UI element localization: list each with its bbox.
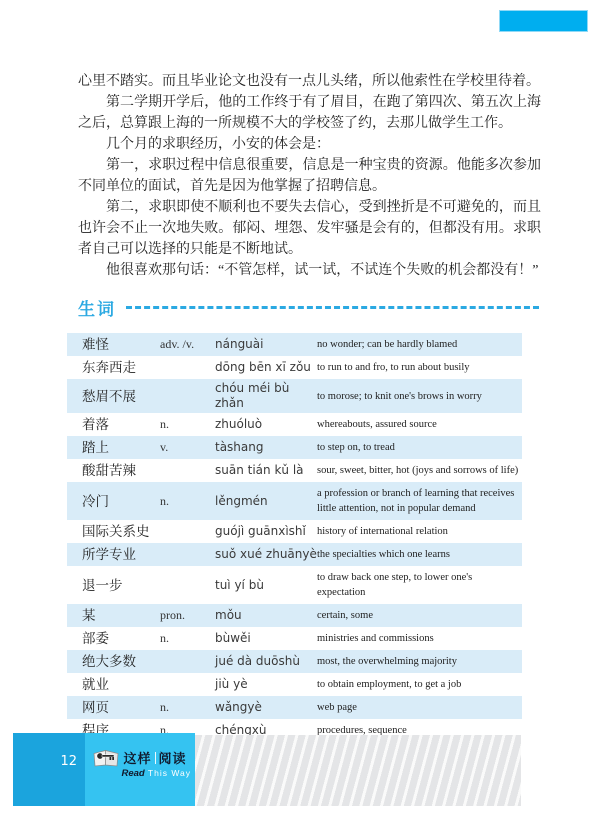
new-words-section-header: 生词	[78, 296, 539, 318]
definition-cell: to run to and fro, to run about busily	[317, 358, 520, 377]
definition-cell: certain, some	[317, 606, 520, 625]
brand-divider	[155, 752, 156, 764]
brand-cn-left: 这样	[123, 748, 151, 767]
body-paragraph: 第二学期开学后，他的工作终于有了眉目，在跑了第四次、第五次上海之后，总算跟上海的…	[78, 92, 541, 134]
part-of-speech-cell: adv. /v.	[160, 337, 215, 352]
part-of-speech-cell: n.	[160, 700, 215, 715]
body-text: 心里不踏实。而且毕业论文也没有一点儿头绪，所以他索性在学校里待着。 第二学期开学…	[78, 71, 541, 281]
brand-name-cn: 这样 阅读	[123, 748, 186, 767]
vocab-table-row: 东奔西走 dōng bēn xī zǒu to run to and fro, …	[67, 356, 522, 379]
definition-cell: sour, sweet, bitter, hot (joys and sorro…	[317, 461, 520, 480]
definition-cell: to step on, to tread	[317, 438, 520, 457]
vocab-table-row: 就业 jiù yè to obtain employment, to get a…	[67, 673, 522, 696]
definition-cell: most, the overwhelming majority	[317, 652, 520, 671]
definition-cell: whereabouts, assured source	[317, 415, 520, 434]
pinyin-cell: lěngmén	[215, 494, 317, 509]
word-cell: 踏上	[82, 439, 160, 456]
word-cell: 绝大多数	[82, 653, 160, 670]
pinyin-cell: tàshang	[215, 440, 317, 455]
body-paragraph: 第一，求职过程中信息很重要，信息是一种宝贵的资源。他能多次参加不同单位的面试，首…	[78, 155, 541, 197]
vocab-table: 难怪 adv. /v. nánguài no wonder; can be ha…	[67, 333, 522, 742]
footer: 12 这样 阅读 Read This Way	[0, 733, 600, 806]
definition-cell: a profession or branch of learning that …	[317, 484, 520, 518]
word-cell: 就业	[82, 676, 160, 693]
word-cell: 愁眉不展	[82, 388, 160, 405]
vocab-table-row: 踏上 v. tàshang to step on, to tread	[67, 436, 522, 459]
brand-block: 这样 阅读 Read This Way	[85, 733, 195, 806]
part-of-speech-cell: pron.	[160, 608, 215, 623]
word-cell: 东奔西走	[82, 359, 160, 376]
word-cell: 退一步	[82, 577, 160, 594]
vocab-table-row: 冷门 n. lěngmén a profession or branch of …	[67, 482, 522, 520]
page-number-block: 12	[13, 733, 85, 806]
pinyin-cell: chóu méi bù zhǎn	[215, 381, 317, 411]
definition-cell: to obtain employment, to get a job	[317, 675, 520, 694]
word-cell: 冷门	[82, 493, 160, 510]
brand-name-en: Read This Way	[121, 768, 191, 779]
pinyin-cell: jué dà duōshù	[215, 654, 317, 669]
vocab-table-row: 所学专业 suǒ xué zhuānyè the specialties whi…	[67, 543, 522, 566]
body-paragraph: 他很喜欢那句话：“不管怎样，试一试，不试连个失败的机会都没有！”	[78, 260, 541, 281]
vocab-table-row: 网页 n. wǎngyè web page	[67, 696, 522, 719]
pinyin-cell: bùwěi	[215, 631, 317, 646]
vocab-table-row: 国际关系史 guójì guānxìshǐ history of interna…	[67, 520, 522, 543]
vocab-table-row: 某 pron. mǒu certain, some	[67, 604, 522, 627]
part-of-speech-cell: v.	[160, 440, 215, 455]
word-cell: 部委	[82, 630, 160, 647]
definition-cell: web page	[317, 698, 520, 717]
word-cell: 所学专业	[82, 546, 160, 563]
vocab-table-row: 愁眉不展 chóu méi bù zhǎn to morose; to knit…	[67, 379, 522, 413]
body-paragraph: 几个月的求职经历，小安的体会是：	[78, 134, 541, 155]
word-cell: 网页	[82, 699, 160, 716]
brand-cn-right: 阅读	[159, 748, 187, 767]
definition-cell: no wonder; can be hardly blamed	[317, 335, 520, 354]
vocab-table-row: 退一步 tuì yí bù to draw back one step, to …	[67, 566, 522, 604]
part-of-speech-cell: n.	[160, 631, 215, 646]
pinyin-cell: dōng bēn xī zǒu	[215, 360, 317, 375]
definition-cell: the specialties which one learns	[317, 545, 520, 564]
body-paragraph: 心里不踏实。而且毕业论文也没有一点儿头绪，所以他索性在学校里待着。	[78, 71, 541, 92]
pinyin-cell: mǒu	[215, 608, 317, 623]
pinyin-cell: wǎngyè	[215, 700, 317, 715]
vocab-table-row: 部委 n. bùwěi ministries and commissions	[67, 627, 522, 650]
part-of-speech-cell: n.	[160, 494, 215, 509]
pinyin-cell: nánguài	[215, 337, 317, 352]
pinyin-cell: suān tián kǔ là	[215, 463, 317, 478]
vocab-table-row: 难怪 adv. /v. nánguài no wonder; can be ha…	[67, 333, 522, 356]
brand-en-bold: Read	[121, 768, 144, 779]
textbook-page: 心里不踏实。而且毕业论文也没有一点儿头绪，所以他索性在学校里待着。 第二学期开学…	[0, 0, 600, 819]
pinyin-cell: zhuóluò	[215, 417, 317, 432]
book-key-icon	[93, 749, 119, 767]
new-words-title: 生词	[78, 295, 116, 320]
vocab-table-row: 绝大多数 jué dà duōshù most, the overwhelmin…	[67, 650, 522, 673]
word-cell: 某	[82, 607, 160, 624]
stripes-pattern	[195, 735, 521, 806]
pinyin-cell: suǒ xué zhuānyè	[215, 547, 317, 562]
brand-en-rest: This Way	[145, 768, 191, 778]
word-cell: 酸甜苦辣	[82, 462, 160, 479]
vocab-table-row: 着落 n. zhuóluò whereabouts, assured sourc…	[67, 413, 522, 436]
vocab-table-row: 酸甜苦辣 suān tián kǔ là sour, sweet, bitter…	[67, 459, 522, 482]
pinyin-cell: tuì yí bù	[215, 578, 317, 593]
definition-cell: to draw back one step, to lower one's ex…	[317, 568, 520, 602]
word-cell: 难怪	[82, 336, 160, 353]
header-accent-bar	[499, 10, 588, 32]
word-cell: 国际关系史	[82, 523, 160, 540]
pinyin-cell: guójì guānxìshǐ	[215, 524, 317, 539]
part-of-speech-cell: n.	[160, 417, 215, 432]
pinyin-cell: jiù yè	[215, 677, 317, 692]
word-cell: 着落	[82, 416, 160, 433]
dashed-divider	[126, 306, 539, 309]
body-paragraph: 第二，求职即使不顺利也不要失去信心，受到挫折是不可避免的，而且也许会不止一次地失…	[78, 197, 541, 260]
definition-cell: history of international relation	[317, 522, 520, 541]
page-number: 12	[60, 754, 77, 769]
definition-cell: ministries and commissions	[317, 629, 520, 648]
definition-cell: to morose; to knit one's brows in worry	[317, 387, 520, 406]
